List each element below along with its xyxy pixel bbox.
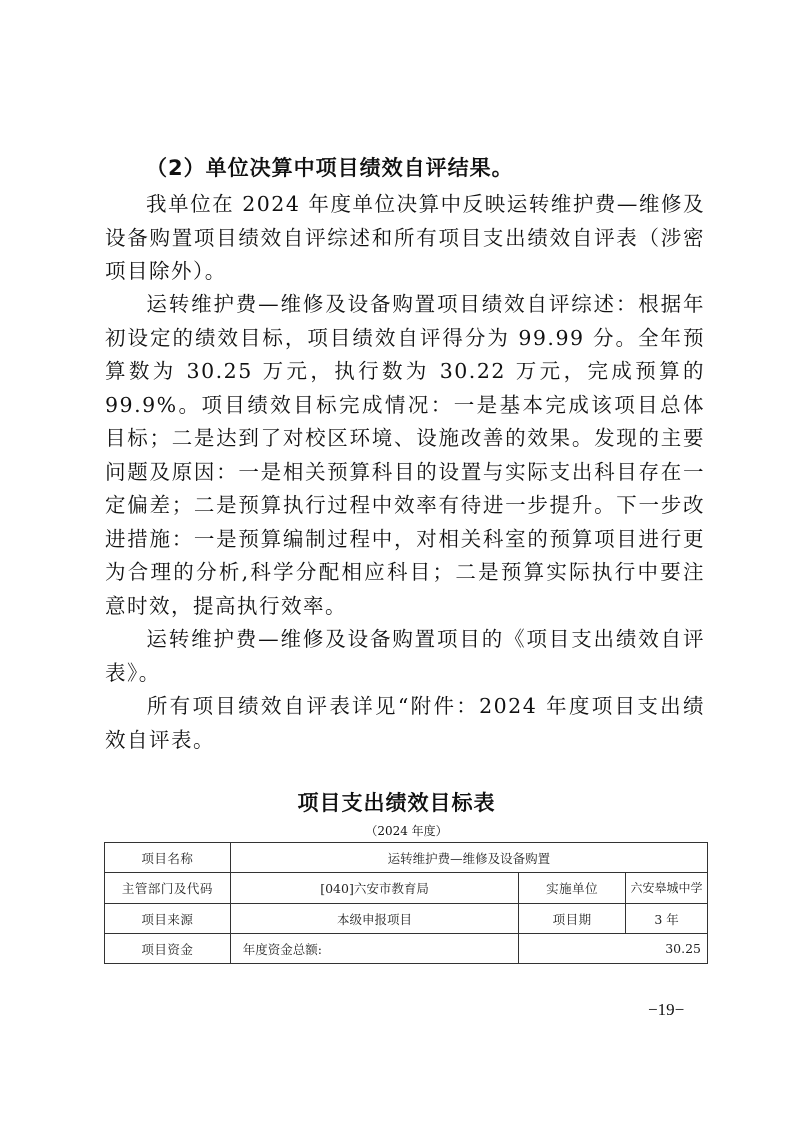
- page-number: −19−: [648, 1000, 684, 1020]
- table-row-project-name: 项目名称 运转维护费—维修及设备购置: [105, 843, 708, 873]
- paragraph-text: 我单位在 2024 年度单位决算中反映运转维护费—维修及设备购置项目绩效自评综述…: [105, 192, 705, 283]
- performance-goal-table: 项目名称 运转维护费—维修及设备购置 主管部门及代码 [040]六安市教育局 实…: [104, 842, 708, 964]
- period-value: 3 年: [626, 904, 708, 934]
- funds-label: 项目资金: [105, 934, 231, 964]
- paragraph-text: 运转维护费—维修及设备购置项目绩效自评综述：根据年初设定的绩效目标，项目绩效自评…: [105, 292, 705, 618]
- project-name-value: 运转维护费—维修及设备购置: [230, 843, 707, 873]
- paragraph-intro: 我单位在 2024 年度单位决算中反映运转维护费—维修及设备购置项目绩效自评综述…: [105, 188, 705, 289]
- table-row-funds: 项目资金 年度资金总额: 30.25: [105, 934, 708, 964]
- department-label: 主管部门及代码: [105, 873, 231, 904]
- implementing-unit-label: 实施单位: [519, 873, 626, 904]
- funds-sublabel: 年度资金总额:: [230, 934, 518, 964]
- paragraph-summary: 运转维护费—维修及设备购置项目绩效自评综述：根据年初设定的绩效目标，项目绩效自评…: [105, 288, 705, 623]
- table-year: （2024 年度）: [0, 822, 793, 839]
- paragraph-text: 所有项目绩效自评表详见“附件：2024 年度项目支出绩效自评表。: [105, 694, 705, 752]
- source-value: 本级申报项目: [230, 904, 518, 934]
- funds-value: 30.25: [519, 934, 708, 964]
- implementing-unit-value: 六安皋城中学: [626, 873, 708, 904]
- table-row-source: 项目来源 本级申报项目 项目期 3 年: [105, 904, 708, 934]
- document-page: （2）单位决算中项目绩效自评结果。 我单位在 2024 年度单位决算中反映运转维…: [0, 0, 793, 1122]
- period-label: 项目期: [519, 904, 626, 934]
- paragraph-text: 运转维护费—维修及设备购置项目的《项目支出绩效自评表》。: [105, 627, 705, 685]
- paragraph-table-reference: 运转维护费—维修及设备购置项目的《项目支出绩效自评表》。: [105, 623, 705, 690]
- table-row-department: 主管部门及代码 [040]六安市教育局 实施单位 六安皋城中学: [105, 873, 708, 904]
- department-value: [040]六安市教育局: [230, 873, 518, 904]
- paragraph-attachment-note: 所有项目绩效自评表详见“附件：2024 年度项目支出绩效自评表。: [105, 690, 705, 757]
- table-title: 项目支出绩效目标表: [0, 787, 793, 817]
- project-name-label: 项目名称: [105, 843, 231, 873]
- section-heading: （2）单位决算中项目绩效自评结果。: [146, 152, 514, 182]
- source-label: 项目来源: [105, 904, 231, 934]
